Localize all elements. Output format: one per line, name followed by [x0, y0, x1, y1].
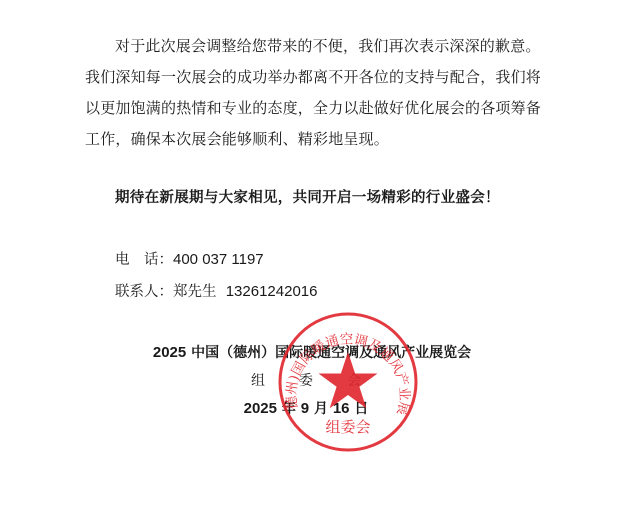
organizer-year: 2025	[153, 344, 186, 361]
date-year: 2025	[244, 400, 277, 417]
paragraph-line-2: 我们深知每一次展会的成功举办都离不开各位的支持与配合，我们将	[85, 62, 555, 93]
phone-label: 电 话：	[115, 252, 173, 268]
organizer-name: 2025 中国（德州）国际暖通空调及通风产业展览会	[0, 342, 624, 362]
date-month-unit: 月	[314, 401, 328, 417]
committee-char-1: 组	[234, 370, 282, 390]
paragraph-line-1: 对于此次展会调整给您带来的不便，我们再次表示深深的歉意。	[85, 31, 555, 62]
body-paragraph: 对于此次展会调整给您带来的不便，我们再次表示深深的歉意。 我们深知每一次展会的成…	[85, 31, 555, 155]
date-year-unit: 年	[282, 401, 296, 417]
contact-person-phone: 13261242016	[226, 283, 318, 300]
organizer-title: 中国（德州）国际暖通空调及通风产业展览会	[191, 345, 471, 361]
paragraph-line-4: 工作，确保本次展会能够顺利、精彩地呈现。	[85, 124, 555, 155]
phone-number: 400 037 1197	[173, 251, 264, 268]
contact-person-label: 联系人：郑先生	[115, 284, 217, 300]
committee-char-3: 会	[330, 370, 378, 390]
contact-person-line: 联系人：郑先生 13261242016	[115, 280, 317, 301]
date-day-unit: 日	[354, 401, 368, 417]
date-day: 16	[333, 400, 350, 417]
closing-statement: 期待在新展期与大家相见，共同开启一场精彩的行业盛会！	[115, 186, 500, 207]
signature-date: 2025 年 9 月 16 日	[0, 398, 618, 418]
phone-line: 电 话：400 037 1197	[115, 248, 264, 269]
seal-bottom-text: 组委会	[325, 418, 370, 436]
paragraph-line-3: 以更加饱满的热情和专业的态度，全力以赴做好优化展会的各项筹备	[85, 93, 555, 124]
committee-label: 组委会	[0, 370, 618, 390]
date-month: 9	[301, 400, 309, 417]
committee-char-2: 委	[282, 370, 330, 390]
